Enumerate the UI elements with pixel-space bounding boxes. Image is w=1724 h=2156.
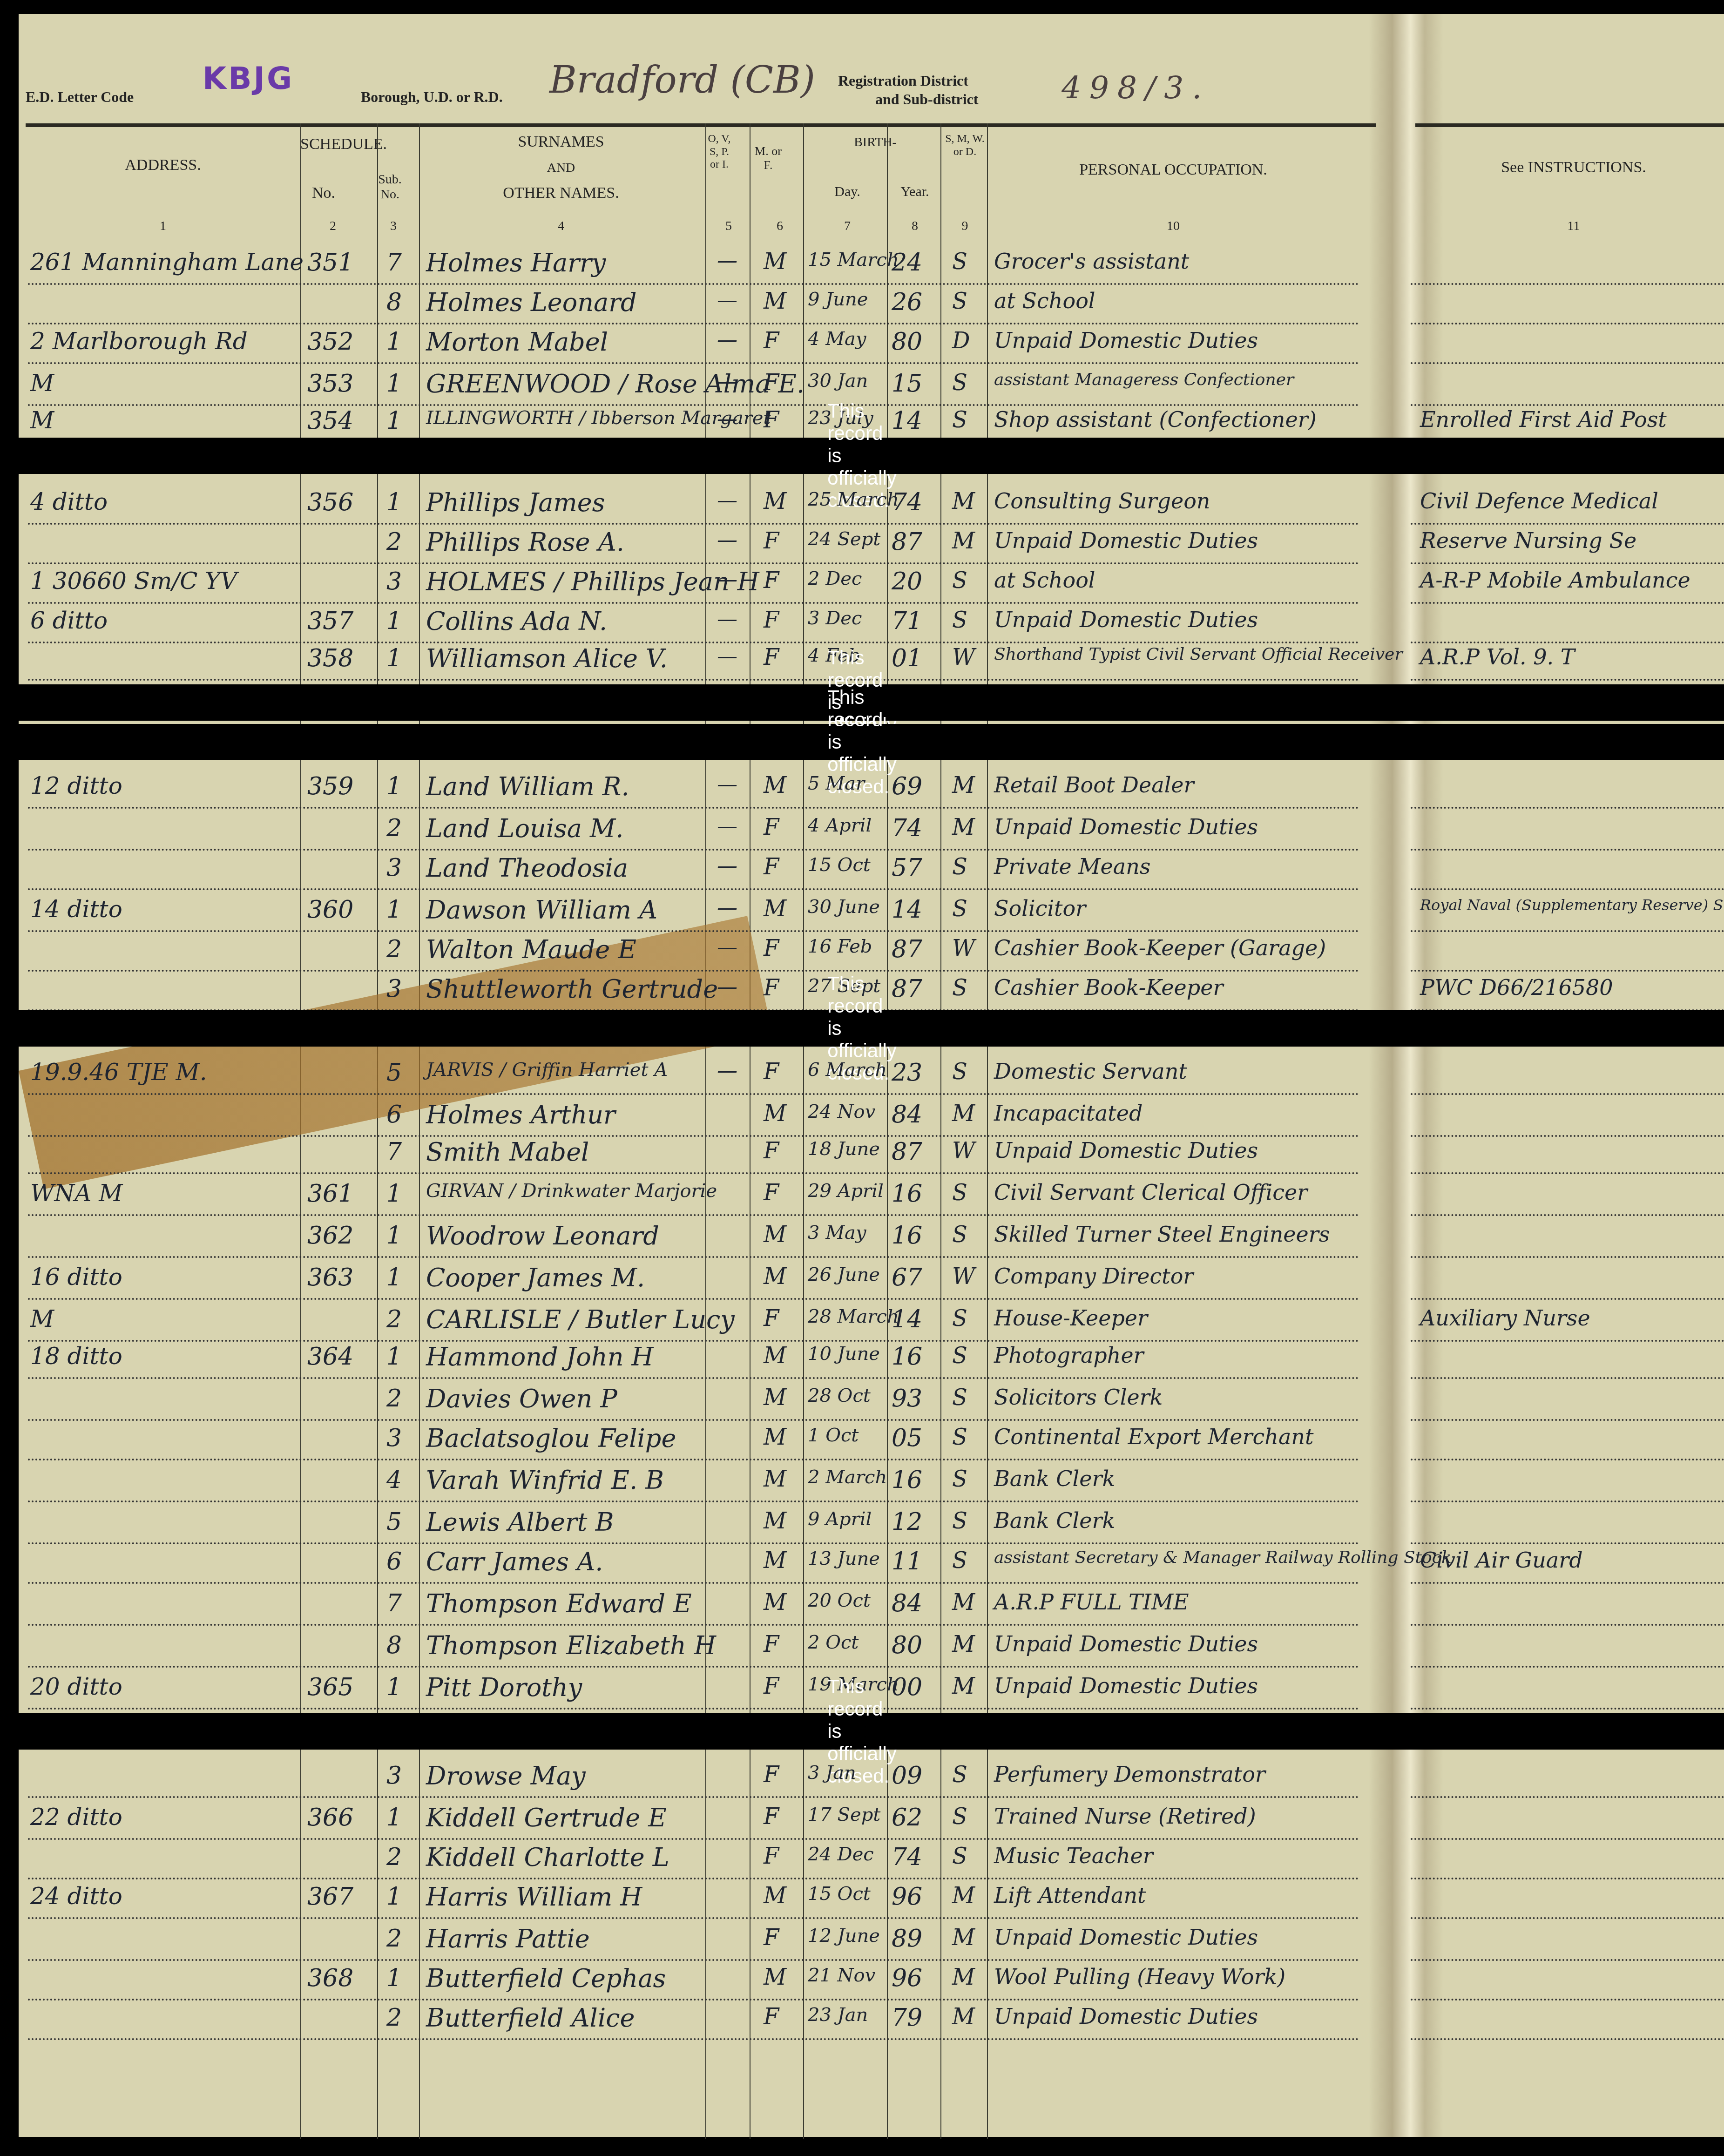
cell-occupation: Lift Attendant	[994, 1885, 1146, 1906]
cell-sex: F	[764, 2006, 779, 2028]
column-number: 10	[989, 219, 1357, 234]
cell-sex: M	[764, 1591, 786, 1614]
cell-schedule-sub: 6	[386, 1102, 402, 1127]
cell-sex: F	[764, 937, 779, 960]
cell-ovspi: —	[717, 290, 737, 311]
cell-name: Kiddell Charlotte L	[426, 1845, 669, 1870]
cell-occupation: Grocer's assistant	[994, 250, 1189, 272]
row-rule-right	[1411, 679, 1724, 681]
cell-occupation: Consulting Surgeon	[994, 490, 1210, 512]
cell-ovspi: —	[717, 816, 737, 837]
cell-name: Land William R.	[426, 774, 629, 799]
col-occupation: PERSONAL OCCUPATION.	[989, 161, 1357, 179]
cell-occupation: Cashier Book-Keeper	[994, 977, 1223, 998]
cell-schedule-sub: 1	[386, 1966, 402, 1990]
cell-sex: F	[764, 1061, 779, 1083]
row-rule-right	[1411, 404, 1724, 406]
closed-record-banner: This record is officially closed.	[0, 438, 1724, 474]
cell-ovspi: —	[717, 898, 737, 918]
cell-birth-year: 74	[892, 816, 922, 840]
col-and: AND	[421, 161, 701, 176]
cell-marital-status: M	[952, 2006, 975, 2028]
row-rule-right	[1411, 1917, 1724, 1919]
cell-birth-day: 23 Jan	[808, 2006, 868, 2024]
cell-ovspi: —	[717, 530, 737, 550]
row-rule-right	[1411, 2038, 1724, 2040]
cell-occupation: Solicitor	[994, 898, 1086, 919]
cell-occupation: Trained Nurse (Retired)	[994, 1805, 1256, 1827]
header-rule-right	[1415, 123, 1724, 127]
row-rule	[28, 930, 1359, 932]
cell-sex: M	[764, 1468, 786, 1490]
cell-occupation: Music Teacher	[994, 1845, 1153, 1866]
cell-birth-year: 80	[892, 1633, 922, 1657]
row-rule-right	[1411, 1256, 1724, 1258]
row-rule	[28, 1500, 1359, 1502]
cell-sex: M	[764, 290, 786, 312]
cell-occupation: Unpaid Domestic Duties	[994, 2006, 1258, 2027]
cell-name: Holmes Leonard	[426, 290, 637, 315]
cell-birth-day: 21 Nov	[808, 1966, 875, 1985]
cell-note: Civil Air Guard	[1420, 1549, 1583, 1571]
cell-birth-day: 17 Sept	[808, 1805, 880, 1824]
cell-occupation: Private Means	[994, 856, 1150, 877]
row-rule	[28, 888, 1359, 890]
cell-schedule-sub: 8	[386, 290, 402, 314]
cell-birth-day: 3 May	[808, 1223, 866, 1242]
cell-schedule-sub: 1	[386, 1182, 402, 1206]
column-number: 5	[705, 219, 752, 234]
cell-name: Thompson Elizabeth H	[426, 1633, 716, 1658]
cell-ovspi: —	[717, 937, 737, 958]
cell-birth-day: 25 March	[808, 490, 899, 509]
cell-name: Dawson William A	[426, 898, 657, 923]
col-schedule-sub: Sub. No.	[368, 172, 412, 202]
row-rule-right	[1411, 1999, 1724, 2001]
cell-birth-day: 2 Dec	[808, 569, 862, 588]
cell-marital-status: S	[952, 372, 967, 394]
cell-birth-year: 71	[892, 609, 922, 633]
closed-record-banner: This record is officially closed.	[0, 724, 1724, 760]
row-rule-right	[1411, 1838, 1724, 1840]
cell-birth-year: 93	[892, 1386, 922, 1411]
cell-birth-year: 62	[892, 1805, 922, 1830]
cell-marital-status: S	[952, 569, 967, 592]
column-number: 8	[889, 219, 940, 234]
col-address: ADDRESS.	[28, 156, 298, 174]
cell-occupation: at School	[994, 290, 1095, 311]
row-rule	[28, 1256, 1359, 1258]
cell-marital-status: M	[952, 774, 975, 797]
cell-sex: M	[764, 1510, 786, 1532]
cell-schedule-no: 364	[307, 1345, 353, 1369]
ed-letter-code-stamp: KBJG	[203, 61, 294, 96]
cell-sex: F	[764, 1633, 779, 1656]
cell-name: HOLMES / Phillips Jean H	[426, 569, 759, 595]
cell-occupation: Cashier Book-Keeper (Garage)	[994, 937, 1326, 959]
cell-birth-year: 11	[892, 1549, 922, 1574]
row-rule-right	[1411, 642, 1724, 643]
cell-sex: F	[764, 1845, 779, 1867]
cell-occupation: Solicitors Clerk	[994, 1386, 1163, 1408]
header-rule	[26, 123, 1376, 127]
cell-birth-day: 1 Oct	[808, 1426, 859, 1445]
row-rule-right	[1411, 283, 1724, 285]
cell-occupation: Unpaid Domestic Duties	[994, 1926, 1258, 1948]
cell-birth-year: 23	[892, 1061, 922, 1085]
row-rule-right	[1411, 1135, 1724, 1137]
cell-marital-status: S	[952, 409, 967, 431]
row-rule-right	[1411, 1708, 1724, 1710]
cell-marital-status: W	[952, 1140, 975, 1162]
row-rule	[28, 283, 1359, 285]
cell-name: Carr James A.	[426, 1549, 603, 1575]
registration-district-value: 498/3.	[1061, 70, 1210, 106]
cell-address: 24 ditto	[30, 1885, 122, 1908]
cell-schedule-no: 368	[307, 1966, 353, 1990]
cell-name: Collins Ada N.	[426, 609, 607, 634]
ed-letter-code-label: E.D. Letter Code	[26, 88, 134, 106]
cell-name: JARVIS / Griffin Harriet A	[426, 1061, 668, 1079]
cell-address: 2 Marlborough Rd	[30, 330, 248, 353]
cell-address: 4 ditto	[30, 490, 108, 514]
cell-birth-year: 14	[892, 1307, 922, 1331]
cell-marital-status: M	[952, 1633, 975, 1656]
col-day: Day.	[808, 184, 887, 200]
cell-address: 22 ditto	[30, 1805, 122, 1829]
cell-name: Holmes Arthur	[426, 1102, 615, 1128]
cell-occupation: Retail Boot Dealer	[994, 774, 1194, 796]
cell-birth-day: 24 Sept	[808, 530, 880, 548]
cell-name: Morton Mabel	[426, 330, 608, 355]
cell-birth-year: 57	[892, 856, 922, 880]
cell-schedule-sub: 1	[386, 898, 402, 922]
cell-birth-year: 87	[892, 937, 922, 961]
cell-birth-year: 74	[892, 1845, 922, 1869]
col-year: Year.	[889, 184, 940, 200]
cell-name: Land Louisa M.	[426, 816, 624, 841]
cell-name: GREENWOOD / Rose Alma E.	[426, 372, 805, 397]
cell-schedule-sub: 2	[386, 1307, 402, 1331]
cell-address: 19.9.46 TJE M.	[30, 1061, 207, 1084]
cell-birth-year: 79	[892, 2006, 922, 2030]
cell-schedule-no: 356	[307, 490, 353, 514]
cell-birth-year: 16	[892, 1223, 922, 1248]
row-rule	[28, 1377, 1359, 1379]
cell-schedule-sub: 3	[386, 1426, 402, 1450]
row-rule-right	[1411, 562, 1724, 564]
cell-occupation: assistant Secretary & Manager Railway Ro…	[994, 1549, 1452, 1566]
cell-schedule-sub: 2	[386, 1845, 402, 1869]
cell-schedule-sub: 2	[386, 1926, 402, 1951]
cell-sex: M	[764, 1885, 786, 1907]
cell-name: Kiddell Gertrude E	[426, 1805, 667, 1831]
cell-name: Walton Maude E	[426, 937, 636, 962]
row-rule-right	[1411, 1666, 1724, 1668]
row-rule-right	[1411, 523, 1724, 525]
cell-name: Land Theodosia	[426, 856, 628, 881]
cell-address: 12 ditto	[30, 774, 122, 798]
row-rule-right	[1411, 1796, 1724, 1798]
cell-ovspi: —	[717, 250, 737, 271]
row-rule	[28, 1796, 1359, 1798]
row-rule-right	[1411, 1419, 1724, 1421]
row-rule-right	[1411, 1582, 1724, 1584]
cell-schedule-sub: 1	[386, 609, 402, 633]
cell-name: Drowse May	[426, 1764, 586, 1789]
cell-schedule-sub: 1	[386, 774, 402, 798]
cell-birth-day: 4 May	[808, 330, 866, 348]
cell-schedule-sub: 2	[386, 816, 402, 840]
cell-marital-status: W	[952, 937, 975, 960]
cell-schedule-no: 362	[307, 1223, 353, 1248]
cell-marital-status: S	[952, 290, 967, 312]
cell-occupation: Civil Servant Clerical Officer	[994, 1182, 1307, 1203]
column-number: 6	[754, 219, 805, 234]
cell-address: 16 ditto	[30, 1265, 122, 1289]
cell-ovspi: —	[717, 330, 737, 350]
cell-marital-status: S	[952, 1223, 967, 1246]
cell-birth-day: 30 June	[808, 898, 880, 916]
row-rule	[28, 1298, 1359, 1300]
cell-marital-status: S	[952, 609, 967, 631]
cell-birth-year: 24	[892, 250, 922, 275]
row-rule-right	[1411, 807, 1724, 809]
cell-occupation: Continental Export Merchant	[994, 1426, 1313, 1447]
cell-schedule-no: 351	[307, 250, 353, 275]
cell-schedule-sub: 1	[386, 1885, 402, 1909]
cell-marital-status: S	[952, 1386, 967, 1409]
cell-marital-status: M	[952, 1102, 975, 1125]
cell-note: A.R.P Vol. 9. T	[1420, 646, 1575, 668]
row-rule	[28, 1459, 1359, 1460]
row-rule-right	[1411, 323, 1724, 324]
row-rule	[28, 523, 1359, 525]
cell-occupation: Bank Clerk	[994, 1468, 1115, 1489]
cell-occupation: Unpaid Domestic Duties	[994, 609, 1258, 630]
cell-marital-status: S	[952, 898, 967, 920]
cell-name: Davies Owen P	[426, 1386, 617, 1412]
cell-birth-day: 15 March	[808, 250, 899, 269]
cell-sex: M	[764, 898, 786, 920]
cell-address: 6 ditto	[30, 609, 108, 632]
cell-schedule-no: 366	[307, 1805, 353, 1830]
cell-schedule-sub: 1	[386, 1265, 402, 1290]
cell-sex: M	[764, 1549, 786, 1572]
row-rule-right	[1411, 1340, 1724, 1342]
cell-birth-day: 20 Oct	[808, 1591, 871, 1610]
registration-label-2: and Sub-district	[875, 91, 978, 108]
cell-occupation: at School	[994, 569, 1095, 591]
col-ovspi: O, V, S, P. or I.	[705, 133, 733, 171]
cell-marital-status: S	[952, 250, 967, 273]
row-rule-right	[1411, 930, 1724, 932]
cell-occupation: assistant Manageress Confectioner	[994, 372, 1294, 388]
cell-birth-day: 28 March	[808, 1307, 899, 1326]
cell-note: PWC D66/216580	[1420, 977, 1613, 998]
row-rule	[28, 642, 1359, 643]
cell-schedule-sub: 2	[386, 937, 402, 961]
cell-schedule-no: 367	[307, 1885, 353, 1909]
row-rule	[28, 1666, 1359, 1668]
cell-occupation: Skilled Turner Steel Engineers	[994, 1223, 1330, 1245]
cell-address: WNA M	[30, 1182, 122, 1205]
cell-schedule-sub: 1	[386, 1223, 402, 1248]
cell-note: Auxiliary Nurse	[1420, 1307, 1590, 1329]
row-rule	[28, 1419, 1359, 1421]
cell-note: Civil Defence Medical	[1420, 490, 1658, 512]
cell-birth-year: 16	[892, 1345, 922, 1369]
cell-birth-day: 4 April	[808, 816, 872, 835]
row-rule	[28, 1959, 1359, 1961]
closed-record-banner: This record is officially closed.	[0, 1010, 1724, 1047]
cell-marital-status: W	[952, 1265, 975, 1288]
cell-marital-status: M	[952, 1966, 975, 1988]
row-rule-right	[1411, 1093, 1724, 1095]
row-rule	[28, 1917, 1359, 1919]
column-divider	[987, 123, 988, 2139]
cell-marital-status: S	[952, 1845, 967, 1867]
cell-sex: F	[764, 330, 779, 352]
cell-birth-day: 24 Dec	[808, 1845, 874, 1864]
cell-name: Cooper James M.	[426, 1265, 645, 1291]
row-rule-right	[1411, 849, 1724, 851]
cell-address: M	[30, 1307, 54, 1331]
cell-marital-status: S	[952, 1549, 967, 1572]
cell-name: Harris William H	[426, 1885, 642, 1910]
cell-birth-day: 30 Jan	[808, 372, 868, 390]
cell-birth-day: 28 Oct	[808, 1386, 871, 1405]
cell-schedule-no: 353	[307, 372, 353, 396]
row-rule-right	[1411, 1878, 1724, 1879]
row-rule	[28, 849, 1359, 851]
cell-marital-status: S	[952, 1061, 967, 1083]
row-rule-right	[1411, 1298, 1724, 1300]
cell-occupation: Unpaid Domestic Duties	[994, 816, 1258, 838]
row-rule-right	[1411, 970, 1724, 972]
cell-sex: M	[764, 1265, 786, 1288]
cell-sex: M	[764, 490, 786, 513]
cell-schedule-sub: 2	[386, 1386, 402, 1411]
row-rule	[28, 602, 1359, 604]
cell-address: 1 30660 Sm/C YV	[30, 569, 237, 593]
cell-birth-day: 16 Feb	[808, 937, 872, 956]
cell-sex: M	[764, 1966, 786, 1988]
cell-birth-year: 26	[892, 290, 922, 314]
cell-name: CARLISLE / Butler Lucy	[426, 1307, 735, 1332]
row-rule-right	[1411, 1214, 1724, 1216]
cell-sex: F	[764, 372, 779, 394]
cell-marital-status: S	[952, 1510, 967, 1532]
borough-value: Bradford (CB)	[549, 58, 815, 101]
cell-birth-day: 9 April	[808, 1510, 872, 1528]
cell-schedule-sub: 5	[386, 1510, 402, 1534]
cell-ovspi: —	[717, 372, 737, 392]
cell-marital-status: S	[952, 1468, 967, 1490]
cell-sex: M	[764, 250, 786, 273]
cell-occupation: House-Keeper	[994, 1307, 1148, 1329]
cell-schedule-sub: 3	[386, 1764, 402, 1788]
cell-schedule-sub: 1	[386, 490, 402, 514]
cell-occupation: Wool Pulling (Heavy Work)	[994, 1966, 1285, 1987]
cell-schedule-sub: 3	[386, 856, 402, 880]
cell-ovspi: —	[717, 490, 737, 511]
row-rule	[28, 1838, 1359, 1840]
cell-marital-status: M	[952, 1591, 975, 1614]
cell-marital-status: S	[952, 856, 967, 878]
cell-sex: F	[764, 856, 779, 878]
cell-birth-day: 26 June	[808, 1265, 880, 1284]
cell-birth-day: 15 Oct	[808, 1885, 871, 1903]
cell-marital-status: S	[952, 1345, 967, 1367]
col-smwd: S, M, W. or D.	[943, 133, 987, 158]
cell-sex: M	[764, 1102, 786, 1125]
row-rule	[28, 562, 1359, 564]
cell-name: Thompson Edward E	[426, 1591, 692, 1616]
cell-birth-year: 20	[892, 569, 922, 594]
row-rule-right	[1411, 362, 1724, 364]
row-rule	[28, 1093, 1359, 1095]
col-schedule-no: No.	[300, 184, 347, 202]
cell-occupation: Unpaid Domestic Duties	[994, 1633, 1258, 1655]
row-rule	[28, 807, 1359, 809]
cell-sex: F	[764, 1764, 779, 1786]
cell-sex: M	[764, 1223, 786, 1246]
cell-birth-day: 6 March	[808, 1061, 887, 1079]
cell-birth-day: 9 June	[808, 290, 868, 309]
cell-birth-day: 29 April	[808, 1182, 884, 1200]
cell-birth-year: 84	[892, 1591, 922, 1615]
cell-birth-day: 3 Jan	[808, 1764, 856, 1782]
cell-sex: F	[764, 1140, 779, 1162]
row-rule	[28, 1542, 1359, 1544]
row-rule-right	[1411, 1377, 1724, 1379]
cell-birth-day: 24 Nov	[808, 1102, 875, 1121]
cell-marital-status: M	[952, 530, 975, 552]
cell-sex: F	[764, 530, 779, 552]
cell-name: Holmes Harry	[426, 250, 606, 276]
cell-marital-status: S	[952, 977, 967, 999]
cell-marital-status: M	[952, 816, 975, 838]
cell-name: Hammond John H	[426, 1345, 654, 1370]
cell-sex: F	[764, 1307, 779, 1330]
row-rule-right	[1411, 1624, 1724, 1626]
cell-birth-year: 67	[892, 1265, 922, 1290]
cell-address: M	[30, 372, 54, 395]
cell-sex: F	[764, 609, 779, 631]
cell-occupation: Unpaid Domestic Duties	[994, 530, 1258, 551]
cell-birth-year: 05	[892, 1426, 922, 1450]
registration-label-1: Registration District	[838, 72, 968, 89]
cell-note: Royal Naval (Supplementary Reserve) Spec…	[1420, 898, 1724, 912]
row-rule-right	[1411, 1959, 1724, 1961]
cell-birth-year: 87	[892, 530, 922, 554]
cell-schedule-sub: 1	[386, 372, 402, 396]
cell-schedule-sub: 7	[386, 1591, 402, 1615]
cell-name: GIRVAN / Drinkwater Marjorie	[426, 1182, 717, 1200]
cell-marital-status: W	[952, 646, 975, 669]
row-rule	[28, 323, 1359, 324]
cell-schedule-sub: 2	[386, 530, 402, 554]
col-instructions: See INSTRUCTIONS.	[1425, 158, 1723, 176]
cell-marital-status: M	[952, 490, 975, 513]
cell-birth-day: 5 Mar	[808, 774, 865, 793]
cell-marital-status: S	[952, 1426, 967, 1448]
column-number: 3	[368, 219, 419, 234]
cell-birth-day: 2 Oct	[808, 1633, 859, 1652]
cell-occupation: Incapacitated	[994, 1102, 1143, 1124]
cell-name: Butterfield Cephas	[426, 1966, 666, 1991]
